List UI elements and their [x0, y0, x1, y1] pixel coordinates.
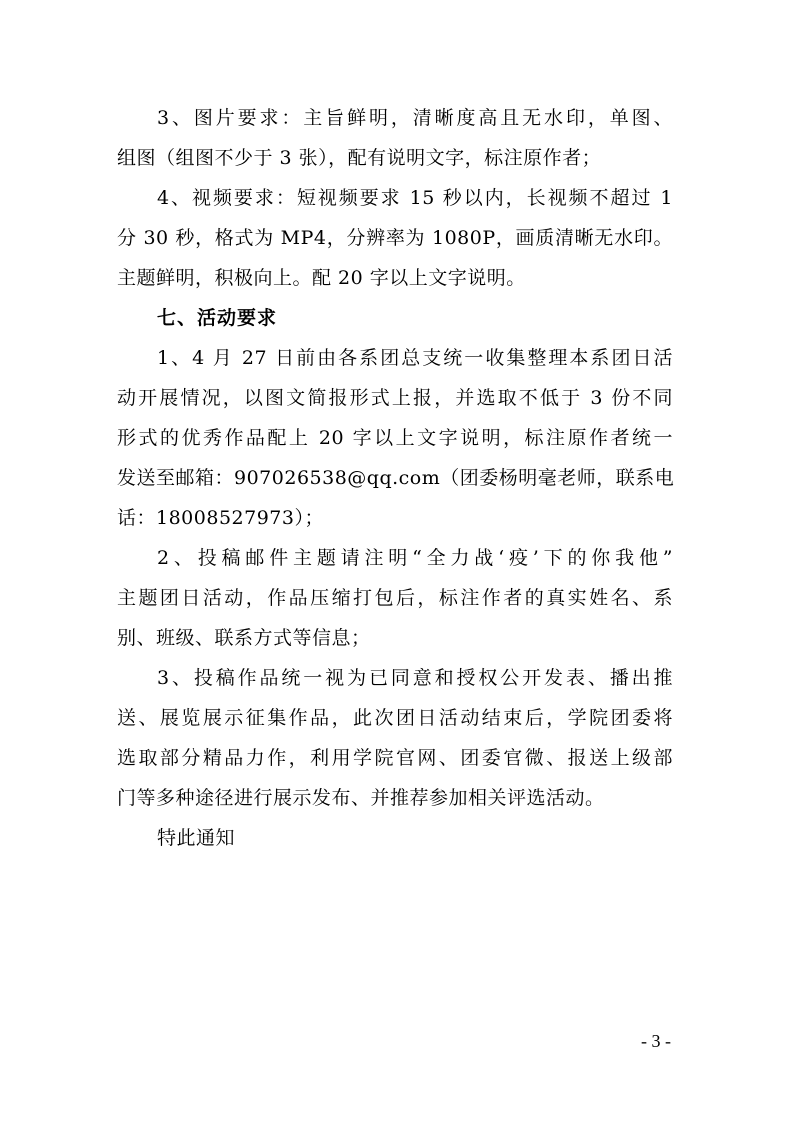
text-line: 别、班级、联系方式等信息； — [117, 618, 673, 658]
text-line: 选取部分精品力作，利用学院官网、团委官微、报送上级部 — [117, 738, 673, 778]
text-line-phone: 话：18008527973）； — [117, 498, 673, 538]
text-line: 主题团日活动，作品压缩打包后，标注作者的真实姓名、系 — [117, 578, 673, 618]
text-line: 组图（组图不少于 3 张），配有说明文字，标注原作者； — [117, 138, 673, 178]
paragraph-activity-item-2: 2、投稿邮件主题请注明“全力战‘疫’下的你我他” 主题团日活动，作品压缩打包后，… — [117, 538, 673, 658]
text-line: 门等多种途径进行展示发布、并推荐参加相关评选活动。 — [117, 778, 673, 818]
document-page: 3、图片要求：主旨鲜明，清晰度高且无水印，单图、 组图（组图不少于 3 张），配… — [117, 98, 673, 858]
paragraph-image-requirements: 3、图片要求：主旨鲜明，清晰度高且无水印，单图、 组图（组图不少于 3 张），配… — [117, 98, 673, 178]
text-line: 主题鲜明，积极向上。配 20 字以上文字说明。 — [117, 258, 673, 298]
text-line-email: 发送至邮箱：907026538@qq.com（团委杨明毫老师，联系电 — [117, 458, 673, 498]
closing-notice: 特此通知 — [117, 818, 673, 858]
text-line: 形式的优秀作品配上 20 字以上文字说明，标注原作者统一 — [117, 418, 673, 458]
text-line: 动开展情况，以图文简报形式上报，并选取不低于 3 份不同 — [117, 378, 673, 418]
text-line: 4、视频要求：短视频要求 15 秒以内，长视频不超过 1 — [117, 178, 673, 218]
section-heading-activity-requirements: 七、活动要求 — [117, 298, 673, 338]
text-line: 3、投稿作品统一视为已同意和授权公开发表、播出推 — [117, 658, 673, 698]
paragraph-activity-item-1: 1、4 月 27 日前由各系团总支统一收集整理本系团日活 动开展情况，以图文简报… — [117, 338, 673, 538]
text-line: 3、图片要求：主旨鲜明，清晰度高且无水印，单图、 — [117, 98, 673, 138]
page-number: - 3 - — [641, 1031, 671, 1051]
text-line: 分 30 秒，格式为 MP4，分辨率为 1080P，画质清晰无水印。 — [117, 218, 673, 258]
text-line: 1、4 月 27 日前由各系团总支统一收集整理本系团日活 — [117, 338, 673, 378]
text-line: 2、投稿邮件主题请注明“全力战‘疫’下的你我他” — [117, 538, 673, 578]
paragraph-activity-item-3: 3、投稿作品统一视为已同意和授权公开发表、播出推 送、展览展示征集作品，此次团日… — [117, 658, 673, 818]
paragraph-video-requirements: 4、视频要求：短视频要求 15 秒以内，长视频不超过 1 分 30 秒，格式为 … — [117, 178, 673, 298]
text-line: 送、展览展示征集作品，此次团日活动结束后，学院团委将 — [117, 698, 673, 738]
